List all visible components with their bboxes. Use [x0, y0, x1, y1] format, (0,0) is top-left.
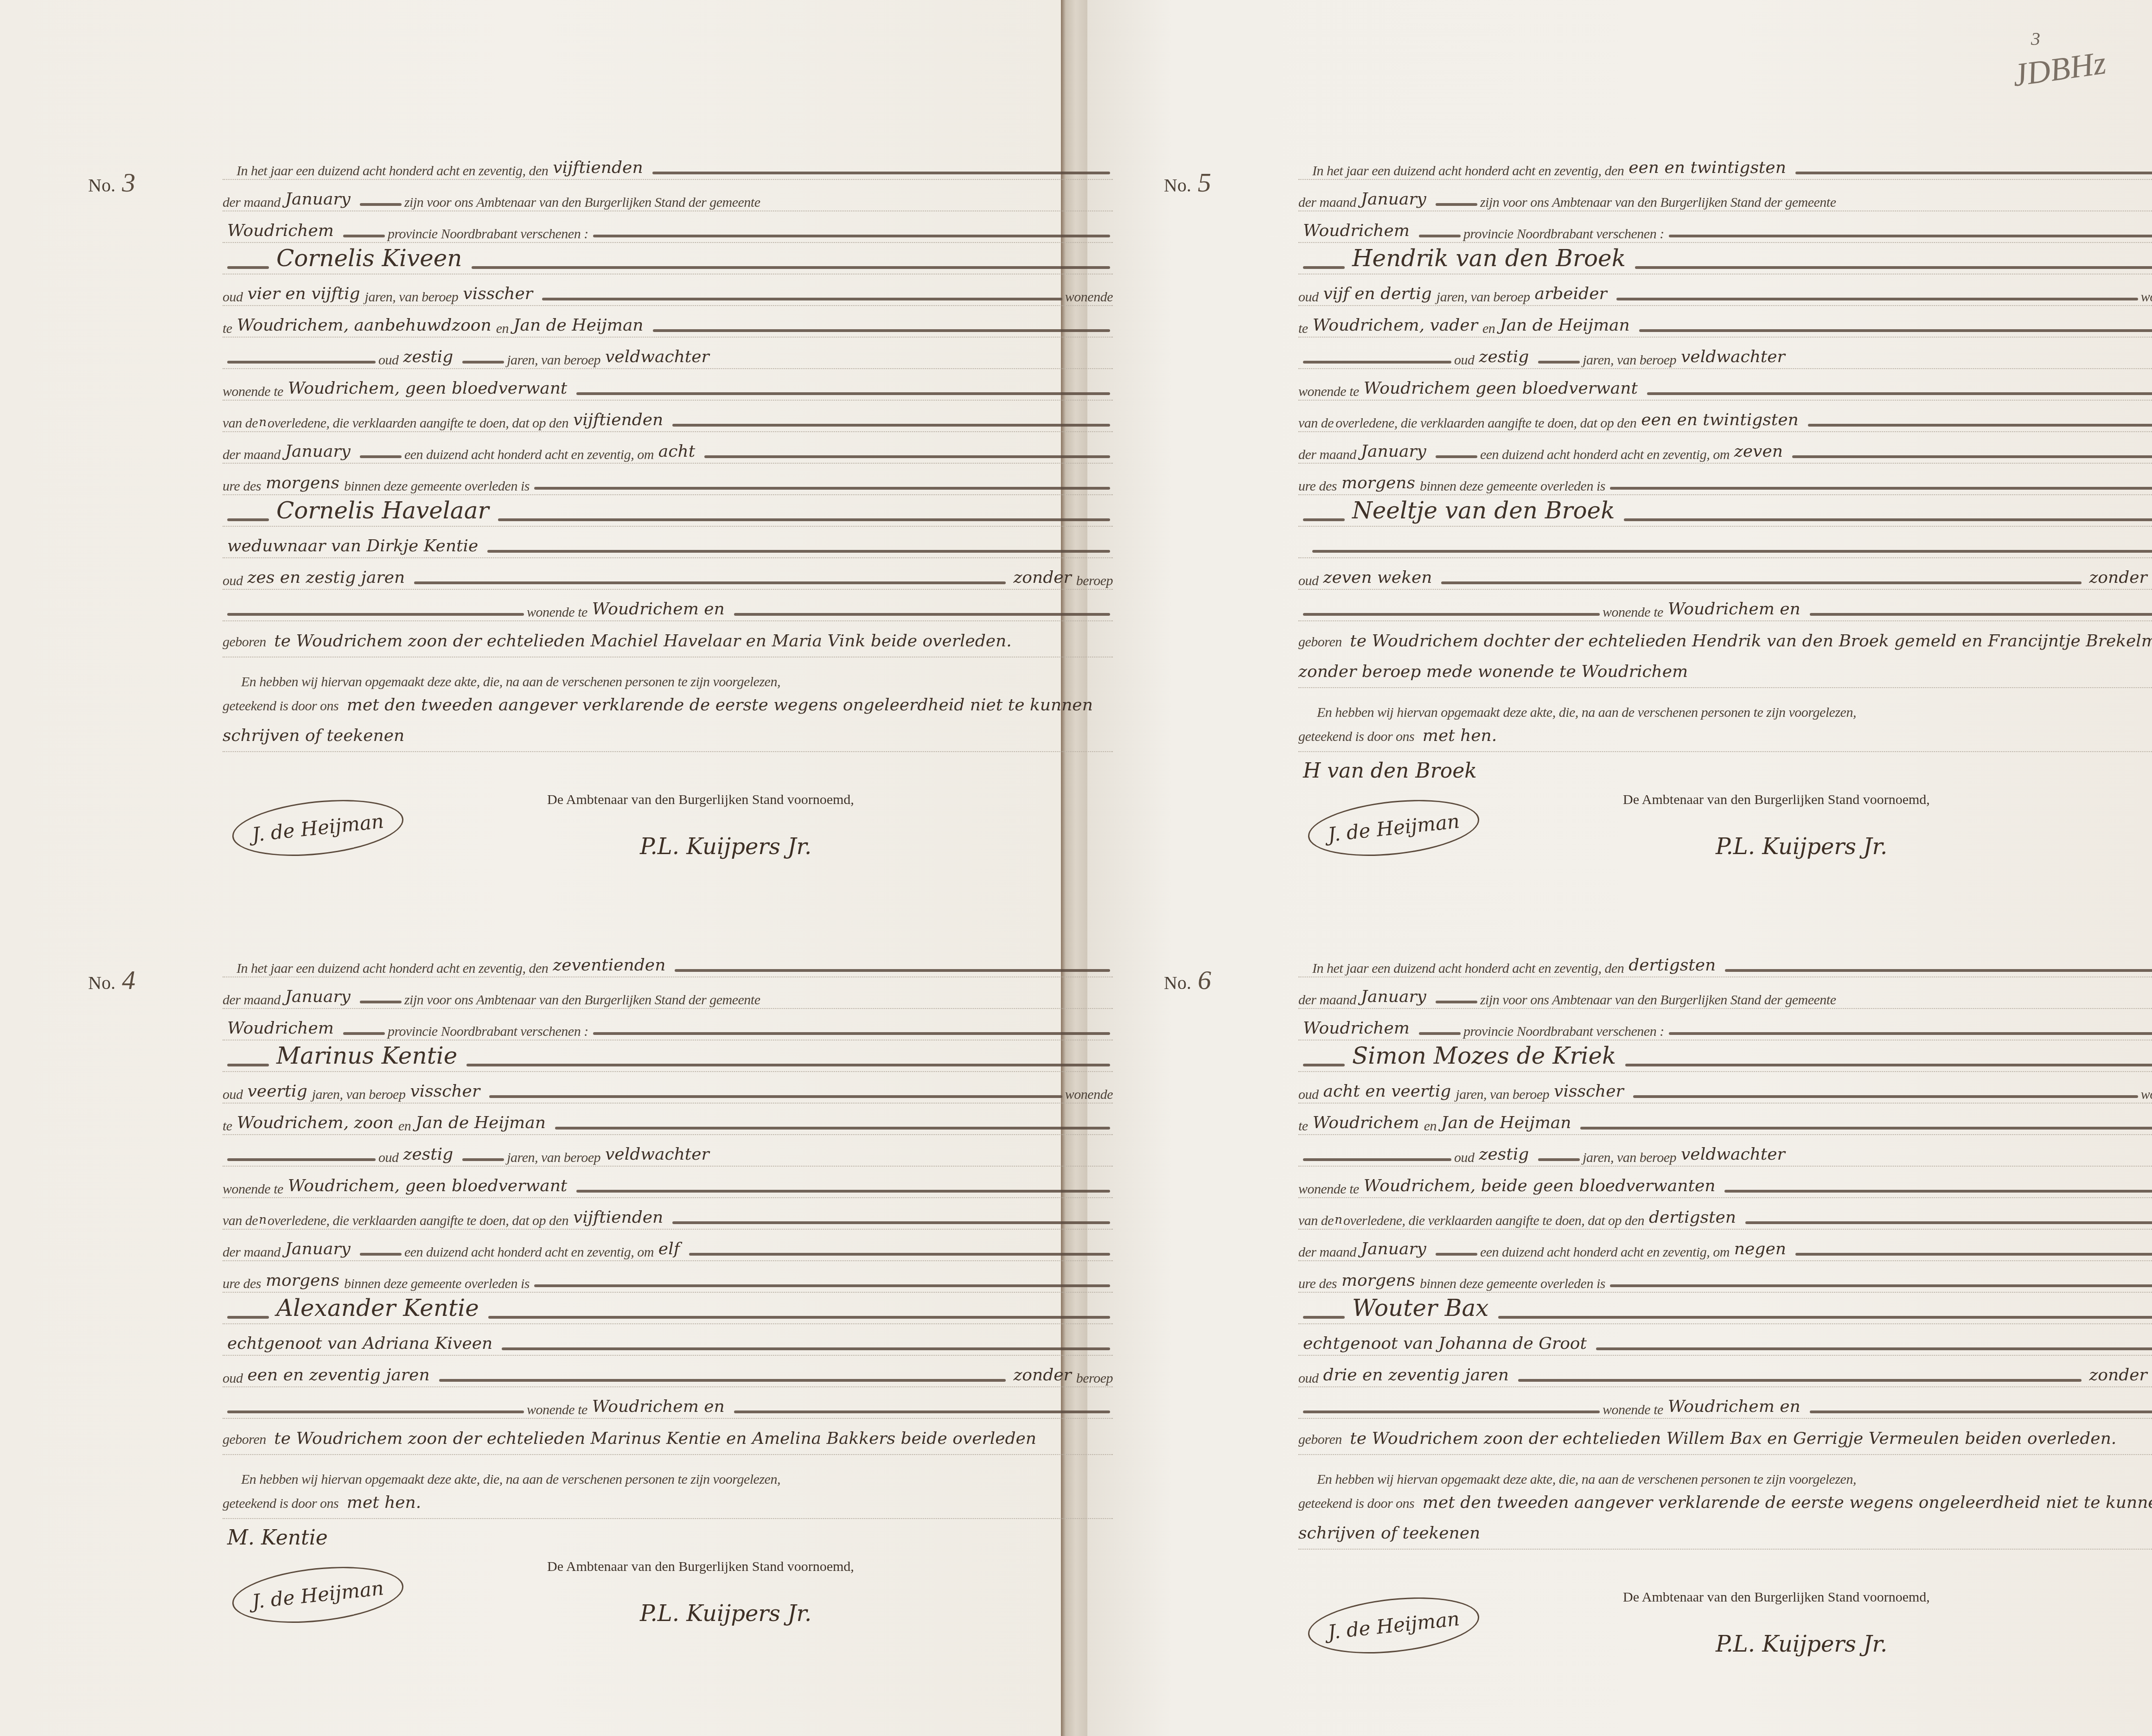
record-body: In het jaar een duizend acht honderd ach… — [223, 946, 1113, 1647]
informant-1-age: vier en vijftig — [243, 284, 365, 303]
record-number: No.4 — [88, 964, 135, 996]
registration-day: vijftienden — [548, 158, 647, 177]
time-of-day: morgens — [261, 473, 344, 492]
line-date: In het jaar een duizend acht honderd ach… — [223, 148, 1113, 180]
registration-day: dertigsten — [1624, 956, 1720, 975]
time-of-day: morgens — [1337, 1271, 1420, 1290]
deceased-name: Neeltje van den Broek — [1347, 497, 1619, 524]
record-body: In het jaar een duizend acht honderd ach… — [1298, 148, 2152, 880]
informant-1-name: Cornelis Kiveen — [272, 245, 467, 272]
deceased-birth-parents: te Woudrichem zoon der echtelieden Wille… — [1345, 1429, 2121, 1448]
informant-2-name: Jan de Heijman — [1437, 1113, 1576, 1132]
deceased-birth-parents: te Woudrichem zoon der echtelieden Marin… — [269, 1429, 1041, 1448]
informant-signature: H van den Broek — [1298, 759, 1477, 783]
informant-2-occupation: veldwachter — [1676, 1145, 1790, 1164]
deceased-age: zes en zestig jaren — [243, 568, 410, 587]
informant-2-age: zestig — [399, 347, 458, 366]
witness-signature: J. de Heijman — [1305, 1590, 1482, 1661]
death-month: January — [281, 442, 355, 461]
informant-1-name: Hendrik van den Broek — [1347, 245, 1630, 272]
informant-1-residence: Woudrichem — [1308, 1113, 1424, 1132]
deceased-residence: Woudrichem en — [587, 600, 729, 619]
deceased-relation: echtgenoot van Johanna de Groot — [1298, 1334, 1591, 1353]
registration-month: January — [281, 987, 355, 1006]
deceased-name: Wouter Bax — [1347, 1295, 1494, 1321]
informant-1-age: vijf en dertig — [1319, 284, 1437, 303]
deceased-age: drie en zeventig jaren — [1319, 1366, 1513, 1385]
line-date: In het jaar een duizend acht honderd ach… — [1298, 148, 2152, 180]
death-hour: zeven — [1730, 442, 1788, 461]
registration-day: zeventienden — [548, 956, 670, 975]
informant-2-residence: Woudrichem geen bloedverwant — [1359, 379, 1642, 398]
informant-1-name: Simon Mozes de Kriek — [1347, 1042, 1621, 1069]
municipality: Woudrichem — [223, 221, 338, 240]
official-caption: De Ambtenaar van den Burgerlijken Stand … — [547, 1559, 854, 1575]
deceased-age: zeven weken — [1319, 568, 1437, 587]
informant-2-occupation: veldwachter — [600, 347, 714, 366]
informant-2-residence: Woudrichem, geen bloedverwant — [283, 1176, 572, 1195]
informant-1-occupation: arbeider — [1530, 284, 1612, 303]
informant-1-occupation: visscher — [458, 284, 537, 303]
time-of-day: morgens — [261, 1271, 344, 1290]
record-number: No.5 — [1164, 167, 1211, 198]
informant-signature: M. Kentie — [223, 1526, 328, 1550]
death-month: January — [1356, 1239, 1431, 1258]
informant-2-occupation: veldwachter — [600, 1145, 714, 1164]
witness-signature: J. de Heijman — [1305, 792, 1482, 863]
informant-2-name: Jan de Heijman — [1495, 316, 1634, 335]
official-caption: De Ambtenaar van den Burgerlijken Stand … — [1623, 1589, 1930, 1605]
informant-2-age: zestig — [399, 1145, 458, 1164]
informant-1-age: acht en veertig — [1319, 1082, 1456, 1101]
death-day: dertigsten — [1644, 1208, 1741, 1227]
informant-2-residence: Woudrichem, beide geen bloedverwanten — [1359, 1176, 1720, 1195]
death-hour: elf — [654, 1239, 684, 1258]
informant-1-residence: Woudrichem, aanbehuwdzoon — [232, 316, 496, 335]
deceased-residence: Woudrichem en — [1663, 600, 1805, 619]
official-caption: De Ambtenaar van den Burgerlijken Stand … — [1623, 792, 1930, 808]
registration-month: January — [1356, 987, 1431, 1006]
time-of-day: morgens — [1337, 473, 1420, 492]
registration-month: January — [1356, 190, 1431, 209]
municipality: Woudrichem — [1298, 1019, 1414, 1038]
signing-statement: met den tweeden aangever verklarende de … — [1298, 1493, 2152, 1543]
informant-1-occupation: visscher — [405, 1082, 485, 1101]
informant-1-residence: Woudrichem, zoon — [232, 1113, 398, 1132]
record-body: In het jaar een duizend acht honderd ach… — [223, 148, 1113, 880]
signing-statement: met den tweeden aangever verklarende de … — [223, 696, 1093, 745]
informant-2-residence: Woudrichem, geen bloedverwant — [283, 379, 572, 398]
informant-2-name: Jan de Heijman — [411, 1113, 550, 1132]
informant-1-occupation: visscher — [1549, 1082, 1628, 1101]
informant-2-occupation: veldwachter — [1676, 347, 1790, 366]
record-number: No.3 — [88, 167, 135, 198]
municipality: Woudrichem — [1298, 221, 1414, 240]
death-month: January — [1356, 442, 1431, 461]
death-day: vijftienden — [568, 410, 668, 429]
official-signature: P.L. Kuijpers Jr. — [1716, 834, 1887, 860]
official-signature: P.L. Kuijpers Jr. — [640, 834, 811, 860]
deceased-age: een en zeventig jaren — [243, 1366, 434, 1385]
deceased-name: Alexander Kentie — [272, 1295, 484, 1321]
record-body: In het jaar een duizend acht honderd ach… — [1298, 946, 2152, 1678]
official-signature: P.L. Kuijpers Jr. — [1716, 1631, 1887, 1657]
death-day: vijftienden — [568, 1208, 668, 1227]
official-caption: De Ambtenaar van den Burgerlijken Stand … — [547, 792, 854, 808]
witness-signature: J. de Heijman — [230, 792, 406, 863]
page-number: 3 — [2031, 28, 2040, 50]
record-number: No.6 — [1164, 964, 1211, 996]
registration-day: een en twintigsten — [1624, 158, 1791, 177]
deceased-occupation: zonder — [2084, 568, 2152, 587]
informant-2-name: Jan de Heijman — [509, 316, 648, 335]
line-date: In het jaar een duizend acht honderd ach… — [223, 946, 1113, 977]
line-date: In het jaar een duizend acht honderd ach… — [1298, 946, 2152, 977]
informant-1-age: veertig — [243, 1082, 312, 1101]
signing-statement: met hen. — [1418, 726, 1501, 745]
deceased-birth-parents: te Woudrichem zoon der echtelieden Machi… — [269, 632, 1016, 651]
deceased-relation: weduwnaar van Dirkje Kentie — [223, 536, 483, 555]
death-hour: acht — [654, 442, 700, 461]
deceased-occupation: zonder — [1009, 1366, 1076, 1385]
informant-2-age: zestig — [1475, 347, 1534, 366]
deceased-birth-parents: te Woudrichem dochter der echtelieden He… — [1298, 632, 2152, 681]
registration-month: January — [281, 190, 355, 209]
deceased-relation: echtgenoot van Adriana Kiveen — [223, 1334, 497, 1353]
signing-statement: met hen. — [342, 1493, 426, 1512]
deceased-residence: Woudrichem en — [587, 1397, 729, 1416]
death-month: January — [281, 1239, 355, 1258]
deceased-name: Cornelis Havelaar — [272, 497, 493, 524]
informant-1-name: Marinus Kentie — [272, 1042, 462, 1069]
municipality: Woudrichem — [223, 1019, 338, 1038]
witness-signature: J. de Heijman — [230, 1559, 406, 1630]
deceased-occupation: zonder — [2084, 1366, 2152, 1385]
official-signature: P.L. Kuijpers Jr. — [640, 1601, 811, 1627]
deceased-occupation: zonder — [1009, 568, 1076, 587]
informant-2-age: zestig — [1475, 1145, 1534, 1164]
informant-1-residence: Woudrichem, vader — [1308, 316, 1482, 335]
deceased-residence: Woudrichem en — [1663, 1397, 1805, 1416]
death-day: een en twintigsten — [1636, 410, 1803, 429]
death-hour: negen — [1730, 1239, 1791, 1258]
